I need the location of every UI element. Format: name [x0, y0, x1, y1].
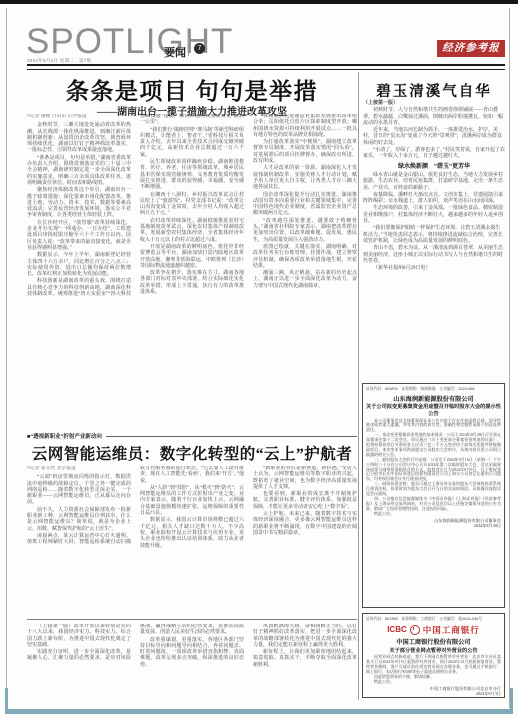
newspaper-page: SPOTLIGHT 要闻 7 2024年9月3日 星期二 第7版 经济参考报 条…: [0, 0, 518, 720]
notice-body: 本公司董事会及全体董事保证本公告内容不存在任何虚假记载、误导性陈述或者重大遗漏，…: [366, 419, 501, 517]
paragraph: 开放是湖南改革的鲜明底色。依托中非经贸博览会等平台，湖南加快打造内陆地区改革开放…: [140, 245, 244, 270]
paragraph: 金秋时节，三湘大地处处涌动着改革的热潮。从长株潭一体化纵深推进，到湘江新区体制机…: [27, 123, 131, 154]
paragraph: 初秋时节，人与自然和谐共生的画卷徐徐铺展——青山叠翠，碧水潺潺，白鹭掠过溪面，倒…: [363, 108, 505, 127]
paragraph: 云上护航，未来已来。随着数字技术与实体经济深度融合，更多像云网智能运维员这样的新…: [253, 512, 357, 537]
notice-signature: 山东海润新能源股份有限公司董事会 2024年8月30日: [366, 518, 501, 528]
paragraph: 也要看到，新职业的成长离不开制度护航。完善职业标准、健全评价体系、加强权益保障，…: [253, 492, 357, 511]
paragraph: 因营业网点装修改造，我行下列网点将暂停对外营业：北京市丰台区某某支行自2024年…: [366, 655, 501, 675]
notice-title: 关于公司拟变更募集资金用途暨召开临时股东大会的提示性公告: [366, 403, 501, 417]
paragraph: “我们推行‘揭榜挂帅’‘赛马制’等新型科研组织模式，让能者上、智者干。”省科技厅…: [140, 128, 244, 159]
icbc-signature-date: 2024年9月3日: [366, 691, 501, 696]
section-divider-rule: [27, 619, 357, 620]
paragraph: 农村改革持续深化。湖南稳慎推进农村宅基地制度改革试点，深化农村集体产权制度改革，…: [140, 219, 244, 244]
paragraph: 数据显示，我国云计算市场规模已超过六千亿元，相关人才缺口达数十万人。不少高校、职…: [140, 518, 244, 549]
paragraph: 近年来，当地以河长制为抓手，一体推进治水、护岸、美村，昔日的“臭水沟”变成了今天…: [363, 128, 505, 147]
icbc-logo-latin: ICBC: [387, 625, 407, 634]
paragraph: “我们要像保护眼睛一样保护生态环境，让碧玉清溪永葆生机活力。”当地负责同志表示，…: [363, 226, 505, 245]
icbc-notice-body: 因营业网点装修改造，我行下列网点将暂停对外营业：北京市丰台区某某支行自2024年…: [366, 655, 501, 684]
right-article-subhead: 绿水焕新颜 “碧玉”更芳华: [363, 164, 505, 170]
wire-credit: （新华社福州8月29日电）: [363, 266, 505, 272]
paragraph: 株洲聚焦先进制造业集群发展推出改革组合拳；岳阳依托自贸片区探索制度型开放；郴州围…: [253, 114, 357, 139]
paragraph: 民生领域改革同样蹄疾步稳。湖南推进教育、医疗、养老、住房等领域改革，城乡居民基本…: [140, 160, 244, 191]
paragraph: 青山不语，碧水为证。从一溪清流到满目苍翠，从美丽生态到美丽经济，这座小城正以实际…: [363, 246, 505, 265]
kicker-rule: [106, 436, 357, 437]
paragraph: 在湘西十八洞村，乡村振兴改革试点让村民吃上了“旅游饭”。村党支部书记说：“改革让…: [140, 193, 244, 218]
paragraph: 人才是改革的第一资源。湖南深化人才发展体制机制改革，实施芙蓉人才行动计划，赋予用…: [253, 166, 357, 191]
paragraph: 四、公司指定信息披露媒体为《中国证券报》《上海证券报》《经济参考报》及上海证券交…: [366, 497, 501, 512]
paragraph: “新职业的背后是新赛道、新机遇。”受访人士认为，云网智能运维员等数字职业的兴起，…: [253, 466, 357, 491]
paragraph: 数据显示，今年上半年，湖南新登记经营主体四十六万余户，同比增长百分之八点三；实际…: [27, 253, 131, 278]
paragraph: 前不久，人力资源社会保障部发布一批新职业新工种，云网智能运维员位列其中。什么是云…: [27, 508, 131, 533]
scan-top-edge: [0, 0, 518, 4]
page-number-badge: 7: [194, 43, 205, 54]
masthead-divider: [188, 38, 189, 56]
main-article-byline: □记者 谢樱 白田田 长沙报道: [27, 114, 131, 120]
paragraph: 聚焦经济体制改革这个牵引，湖南出台一揽子政策措施：深化要素市场化配置改革，推进土…: [27, 188, 131, 219]
paragraph: 从“人防”到“技防”，从“救火”到“防火”，云网智能运维员的工作方式折射出产业之…: [140, 486, 244, 517]
paragraph: 三、网络投票安排：股东可通过上海证券交易所股东大会网络投票系统行使表决权，投票时…: [366, 482, 501, 497]
icbc-coin-icon: [410, 625, 420, 635]
paragraph: 生态环境的改善，引来了金凤凰。一批绿色食品、精密制造企业相继落户，村集体经济不断…: [363, 206, 505, 225]
paragraph: “改革越往深处推进，越要敢于啃硬骨头。”湖南省社科院专家表示，湖南把改革摆在更加…: [253, 219, 357, 244]
scan-left-edge: [6, 8, 7, 708]
icbc-notice-title: 关于部分营业网点暂停对外营业的公告: [366, 647, 501, 654]
feature-body: □记者 张辛欣 北京报道 “云端”机房里彻夜闪烁的指示灯，数据洪流中毫秒级的故障…: [27, 466, 357, 617]
notice-securities-meta: 证券代码：600876 证券简称：海润新能 公告编号：2024-068: [366, 387, 501, 392]
notice-signature-date: 2024年8月30日: [366, 523, 501, 528]
notice-company-name: 山东海润新能源股份有限公司: [366, 394, 501, 403]
continued-from-note: （上接第一版）: [363, 101, 505, 107]
paper-name-flag: 经济参考报: [437, 40, 505, 57]
paragraph: （上接第一版）改革开放以来特别是党的十八大以来，我国经济实力、科技实力、综合国力…: [27, 624, 131, 649]
right-article-headline: 碧玉清溪气自华: [363, 80, 505, 101]
masthead-brand: SPOTLIGHT: [26, 22, 233, 62]
scan-right-edge: [509, 8, 510, 708]
stock-notice-box: 证券代码：600876 证券简称：海润新能 公告编号：2024-068 山东海润…: [362, 383, 505, 608]
feature-headline: 云网智能运维员：数字化转型的“云上”护航者: [27, 442, 357, 464]
icbc-company-name: 中国工商银行股份有限公司: [366, 637, 501, 646]
main-article-headline: 条条是项目 句句是举措: [27, 73, 357, 106]
icbc-logo: ICBC 中国工商银行: [366, 624, 501, 636]
paragraph: 本公司董事会及全体董事保证本公告内容不存在任何虚假记载、误导性陈述或者重大遗漏，…: [366, 419, 501, 434]
paragraph: 风劲帆满海天阔，奋楫扬帆正当时。以钉钉子精神抓好改革落实，把进一步全面深化改革的…: [253, 624, 357, 649]
paragraph: “水清了，岸绿了，游客也多了。”村民笑着说，自家开起了农家乐，一年收入十多万元，…: [363, 148, 505, 161]
paragraph: 二、临时股东大会的召开安排：公司定于2024年9月16日（星期一）下午十四时三十…: [366, 458, 501, 483]
scan-mat-bottom: [5, 709, 513, 714]
section-label: 要闻: [164, 44, 186, 60]
paragraph: 绿水青山就是金山银山。依托良好生态，当地大力发展乡村旅游、生态农业，培育民宿集群…: [363, 173, 505, 192]
masthead-rule-thin: [27, 69, 505, 70]
masthead-rule-thick: [27, 64, 505, 66]
icbc-securities-meta: 证券代码：601398 证券简称：工商银行 公告编号：临2024-045号: [366, 617, 501, 622]
paragraph: 特此公告。: [366, 512, 501, 517]
paragraph: 潮涌三湘，风正帆悬。站在新的历史起点上，湖南正以进一步全面深化改革为动力，奋力谱…: [253, 271, 357, 290]
paragraph: 新征程上，让我们更加紧密地团结起来，锐意进取、真抓实干，不断夺取全面深化改革新胜…: [253, 650, 357, 669]
paragraph: 国企改革深化提升行动扎实推进。湖南推动国有资本向重要行业和关键领域集中，完善中国…: [253, 193, 357, 218]
icbc-logo-chinese: 中国工商银行: [423, 624, 480, 636]
paragraph: 为打通改革落实“中梗阻”，湖南建立改革督察专员制度，开展改革落实情况“回头看”，…: [253, 140, 357, 165]
paragraph: 在长沙经开区，“放管服”改革持续深化。企业开办实现“一网通办、一日办结”，工程建…: [27, 221, 131, 252]
right-article-body: （上接第一版） 初秋时节，人与自然和谐共生的画卷徐徐铺展——青山叠翠，碧水潺潺，…: [363, 101, 505, 380]
paragraph: 改革争在朝夕，落实难在方寸。湖南各地各部门对标对表中央部署，结合实际细化实化改革…: [140, 271, 244, 296]
paragraph: 夜幕降临，溪畔灯火渐次点亮。文创市集上，非遗展演引来阵阵喝彩；亲水栈道上，游人如…: [363, 193, 505, 206]
paragraph: 蓝图已绘就，关键在落实。湖南明确，对改革任务实行台账管理、挂图作战，建立督察评估…: [253, 245, 357, 270]
paragraph: 特此公告。: [366, 680, 501, 685]
feature-kicker: ■“透视新职业”折射产业新动向: [27, 432, 102, 440]
feature-kicker-row: ■“透视新职业”折射产业新动向: [27, 432, 357, 440]
paragraph: 一、本次变更募集资金用途的基本情况：公司于2024年8月28日召开第五届董事会第…: [366, 433, 501, 458]
feature-byline: □记者 张辛欣 北京报道: [27, 466, 131, 472]
paragraph: “条条是项目，句句是举措。”湖南省委改革办负责人介绍，围绕贯彻落实党的二十届三中…: [27, 156, 131, 187]
paragraph: “云端”机房里彻夜闪烁的指示灯，数据洪流中毫秒级的故障定位，千里之外一键完成的网…: [27, 475, 131, 506]
paragraph: 改革重谋划，更重落实。各地区各部门坚持目标导向和问题导向相结合，奔着问题去、盯着…: [140, 638, 244, 669]
icbc-notice-box: 证券代码：601398 证券简称：工商银行 公告编号：临2024-045号 IC…: [362, 613, 505, 698]
main-article-body: □记者 谢樱 白田田 长沙报道 金秋时节，三湘大地处处涌动着改革的热潮。从长株潭…: [27, 114, 357, 428]
continued-article-body: （上接第一版）改革开放以来特别是党的十八大以来，我国经济实力、科技实力、综合国力…: [27, 624, 357, 702]
icbc-signature: 中国工商银行股份有限公司北京市分行 2024年9月3日: [366, 686, 501, 696]
column-divider-rule: [358, 72, 359, 700]
